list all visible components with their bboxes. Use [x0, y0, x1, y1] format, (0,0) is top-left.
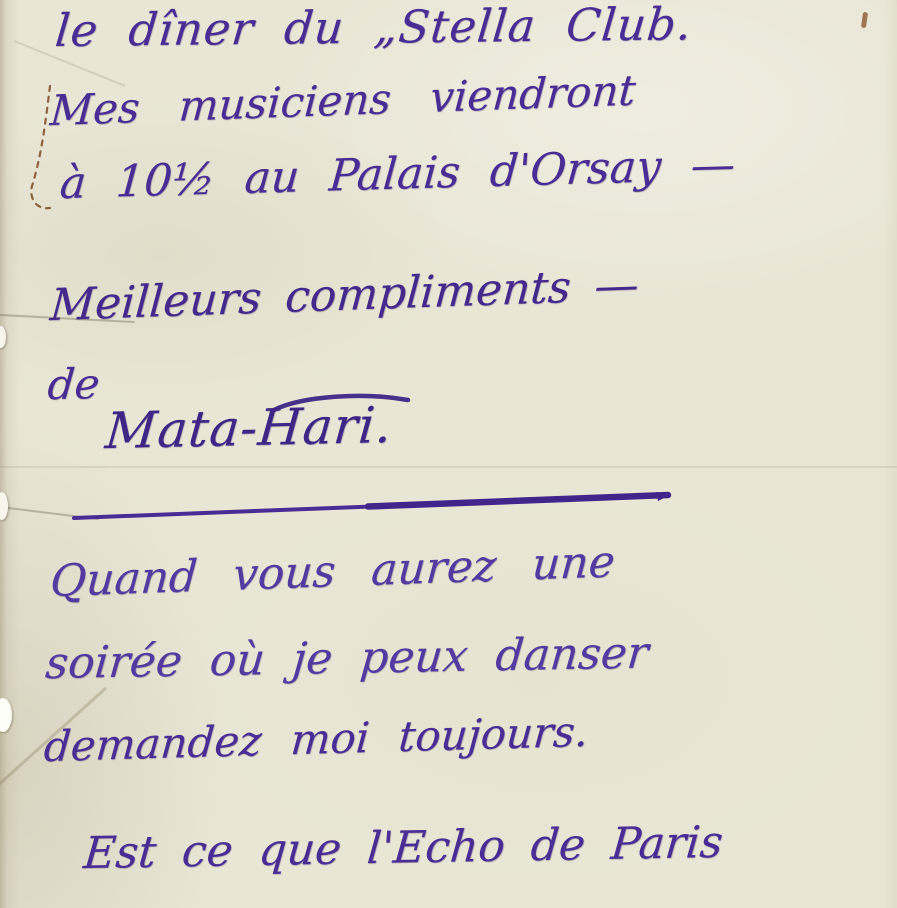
- paper-fold-crease-middle: [0, 466, 897, 468]
- line-compliments: Meilleurs compliments —: [48, 259, 640, 331]
- paper-tear-left-upper: [0, 326, 6, 348]
- line-ps-soiree-2: soirée où je peux danser: [44, 627, 651, 689]
- paper-tear-left-middle: [0, 492, 8, 520]
- paper-speck: [861, 12, 868, 29]
- letter-photo: le dîner du „Stella Club. Mes musiciens …: [0, 0, 897, 908]
- line-time-place: à 10½ au Palais d'Orsay —: [58, 139, 737, 209]
- paper-tear-left-lower: [0, 698, 12, 732]
- line-dinner-stella-club: le dîner du „Stella Club.: [53, 0, 695, 57]
- line-ps-demandez: demandez moi toujours.: [42, 707, 590, 771]
- line-musicians: Mes musiciens viendront: [49, 66, 638, 136]
- line-ps-soiree-1: Quand vous aurez une: [48, 536, 616, 607]
- line-de: de: [46, 359, 102, 409]
- ink-rule-separator: [68, 483, 678, 527]
- signature-flourish: [268, 386, 418, 418]
- line-echo-de-paris: Est ce que l'Echo de Paris: [82, 817, 725, 879]
